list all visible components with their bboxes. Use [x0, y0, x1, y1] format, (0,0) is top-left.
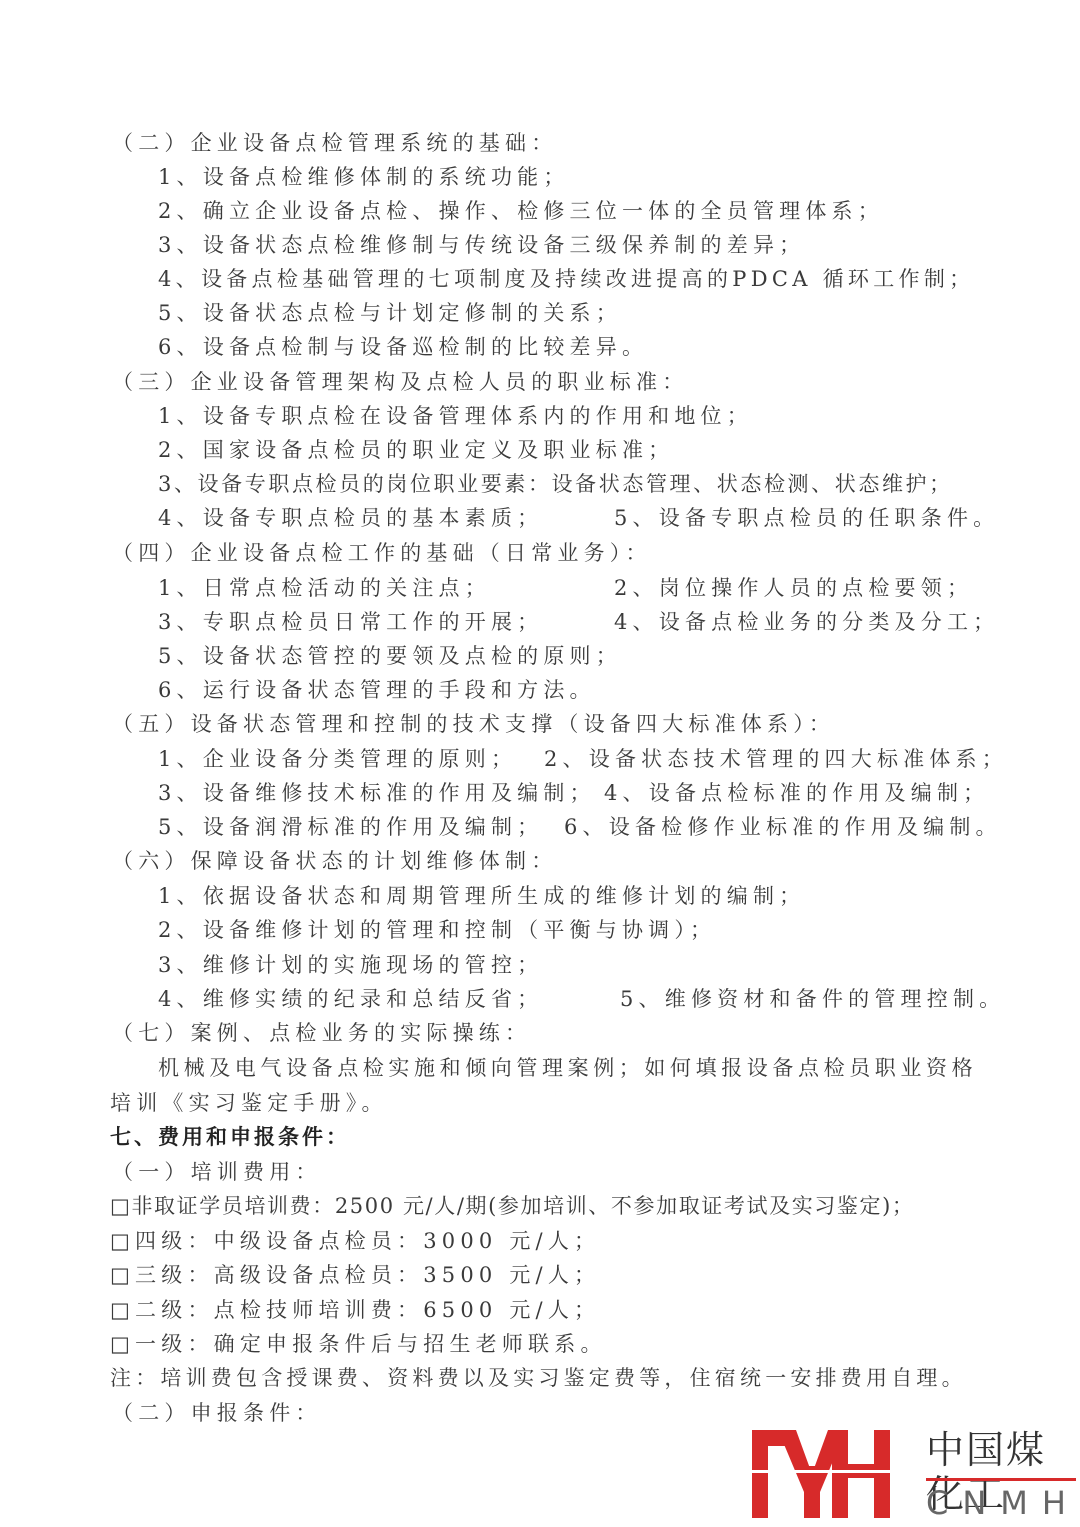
fee-item: □二级：点检技师培训费：6500 元/人；	[110, 1295, 600, 1325]
list-item: 3、设备状态点检维修制与传统设备三级保养制的差异；	[158, 230, 805, 260]
cnmhg-logo: 中国煤化工 CNMHG	[748, 1426, 1078, 1522]
fee-item: □非取证学员培训费：2500 元/人/期(参加培训、不参加取证考试及实习鉴定)；	[110, 1191, 915, 1221]
mh-logo-icon	[748, 1426, 898, 1522]
document-page: （二）企业设备点检管理系统的基础： 1、设备点检维修体制的系统功能； 2、确立企…	[0, 0, 1080, 1527]
chapter-title: 七、费用和申报条件：	[110, 1122, 350, 1152]
section-heading: （五）设备状态管理和控制的技术支撑（设备四大标准体系）：	[112, 709, 835, 739]
section-heading: （七）案例、点检业务的实际操练：	[112, 1018, 531, 1048]
list-item: 5、维修资材和备件的管理控制。	[620, 984, 1005, 1014]
section-heading: （二）企业设备点检管理系统的基础：	[112, 128, 557, 158]
logo-divider	[926, 1478, 1076, 1481]
list-item: 6、运行设备状态管理的手段和方法。	[158, 675, 596, 705]
list-item: 1、设备点检维修体制的系统功能；	[158, 162, 570, 192]
list-item: 5、设备专职点检员的任职条件。	[614, 503, 999, 533]
list-item: 2、确立企业设备点检、操作、检修三位一体的全员管理体系；	[158, 196, 884, 226]
fee-item: □三级：高级设备点检员：3500 元/人；	[110, 1260, 600, 1290]
list-item: 4、设备点检基础管理的七项制度及持续改进提高的PDCA 循环工作制；	[158, 264, 974, 294]
section-heading: （四）企业设备点检工作的基础（日常业务）：	[112, 538, 652, 568]
list-item: 1、日常点检活动的关注点；	[158, 573, 491, 603]
list-item: 2、国家设备点检员的职业定义及职业标准；	[158, 435, 674, 465]
paragraph-line: 机械及电气设备点检实施和倾向管理案例；如何填报设备点检员职业资格	[158, 1053, 977, 1083]
list-item: 3、专职点检员日常工作的开展；	[158, 607, 543, 637]
list-item: 6、设备点检制与设备巡检制的比较差异。	[158, 332, 648, 362]
logo-name-en: CNMHG	[926, 1484, 1080, 1522]
section-heading: （一）培训费用：	[112, 1157, 322, 1187]
list-item: 5、设备状态管控的要领及点检的原则；	[158, 641, 622, 671]
list-item: 3、维修计划的实施现场的管控；	[158, 950, 543, 980]
fee-item: □四级：中级设备点检员：3000 元/人；	[110, 1226, 600, 1256]
fee-item: □一级：确定申报条件后与招生老师联系。	[110, 1329, 607, 1359]
list-item: 6、设备检修作业标准的作用及编制。	[564, 812, 1002, 842]
list-item: 4、设备点检业务的分类及分工；	[614, 607, 999, 637]
list-item: 4、设备点检标准的作用及编制；	[604, 778, 989, 808]
list-item: 4、维修实绩的纪录和总结反省；	[158, 984, 543, 1014]
list-item: 1、企业设备分类管理的原则；	[158, 744, 517, 774]
list-item: 2、岗位操作人员的点检要领；	[614, 573, 973, 603]
list-item: 2、设备状态技术管理的四大标准体系；	[544, 744, 1008, 774]
section-heading: （二）申报条件：	[112, 1398, 322, 1428]
list-item: 2、设备维修计划的管理和控制（平衡与协调）；	[158, 915, 716, 945]
list-item: 3、设备维修技术标准的作用及编制；	[158, 778, 596, 808]
list-item: 5、设备润滑标准的作用及编制；	[158, 812, 543, 842]
list-item: 1、设备专职点检在设备管理体系内的作用和地位；	[158, 401, 753, 431]
paragraph-line: 培训《实习鉴定手册》。	[110, 1088, 388, 1118]
list-item: 1、依据设备状态和周期管理所生成的维修计划的编制；	[158, 881, 805, 911]
section-heading: （六）保障设备状态的计划维修体制：	[112, 846, 557, 876]
list-item: 5、设备状态点检与计划定修制的关系；	[158, 298, 622, 328]
section-heading: （三）企业设备管理架构及点检人员的职业标准：	[112, 367, 688, 397]
fee-note: 注：培训费包含授课费、资料费以及实习鉴定费等，住宿统一安排费用自理。	[110, 1363, 967, 1393]
list-item: 3、设备专职点检员的岗位职业要素：设备状态管理、状态检测、状态维护；	[158, 469, 953, 499]
list-item: 4、设备专职点检员的基本素质；	[158, 503, 543, 533]
